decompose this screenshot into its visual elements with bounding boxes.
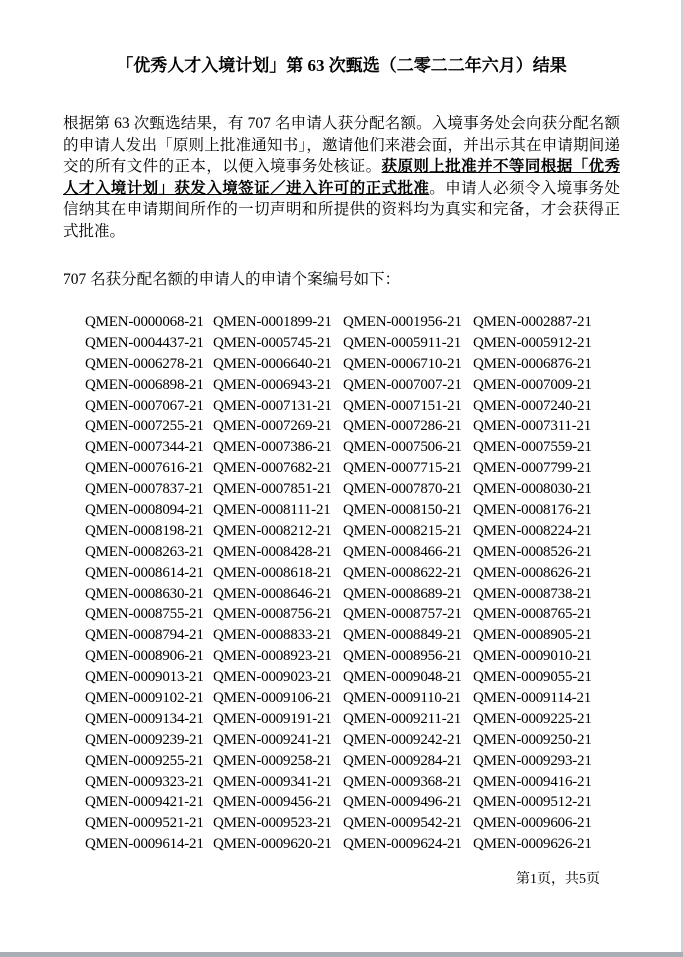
case-number: QMEN-0008757-21 [343, 606, 473, 623]
case-number: QMEN-0009242-21 [343, 732, 473, 749]
case-number: QMEN-0009013-21 [85, 669, 213, 686]
case-number: QMEN-0007286-21 [343, 418, 473, 435]
table-row: QMEN-0009134-21QMEN-0009191-21QMEN-00092… [85, 709, 620, 730]
table-row: QMEN-0009255-21QMEN-0009258-21QMEN-00092… [85, 751, 620, 772]
case-number: QMEN-0006876-21 [473, 356, 613, 373]
page-number-footer: 第1页，共5页 [516, 868, 600, 888]
case-number: QMEN-0009456-21 [213, 794, 343, 811]
table-row: QMEN-0009421-21QMEN-0009456-21QMEN-00094… [85, 792, 620, 813]
case-number: QMEN-0008833-21 [213, 627, 343, 644]
case-number: QMEN-0007715-21 [343, 460, 473, 477]
case-number: QMEN-0009255-21 [85, 753, 213, 770]
table-row: QMEN-0009521-21QMEN-0009523-21QMEN-00095… [85, 813, 620, 834]
case-number: QMEN-0008198-21 [85, 523, 213, 540]
case-number: QMEN-0007007-21 [343, 377, 473, 394]
table-row: QMEN-0007616-21QMEN-0007682-21QMEN-00077… [85, 458, 620, 479]
table-row: QMEN-0008094-21QMEN-0008111-21QMEN-00081… [85, 500, 620, 521]
case-number: QMEN-0008630-21 [85, 586, 213, 603]
case-number: QMEN-0005745-21 [213, 335, 343, 352]
case-number: QMEN-0008111-21 [213, 502, 343, 519]
case-number: QMEN-0008618-21 [213, 565, 343, 582]
case-number: QMEN-0008923-21 [213, 648, 343, 665]
case-number: QMEN-0007386-21 [213, 439, 343, 456]
case-number: QMEN-0006710-21 [343, 356, 473, 373]
case-number: QMEN-0007311-21 [473, 418, 613, 435]
table-row: QMEN-0009614-21QMEN-0009620-21QMEN-00096… [85, 834, 620, 855]
case-number: QMEN-0001956-21 [343, 314, 473, 331]
scan-edge-bottom [0, 952, 683, 957]
case-number: QMEN-0009225-21 [473, 711, 613, 728]
case-number: QMEN-0009341-21 [213, 774, 343, 791]
case-number: QMEN-0008614-21 [85, 565, 213, 582]
table-row: QMEN-0008630-21QMEN-0008646-21QMEN-00086… [85, 584, 620, 605]
case-number: QMEN-0009626-21 [473, 836, 613, 853]
case-number: QMEN-0009368-21 [343, 774, 473, 791]
page-title: 「优秀人才入境计划」第 63 次甄选（二零二二年六月）结果 [63, 54, 620, 78]
case-number: QMEN-0009542-21 [343, 815, 473, 832]
case-number: QMEN-0007344-21 [85, 439, 213, 456]
table-row: QMEN-0009102-21QMEN-0009106-21QMEN-00091… [85, 688, 620, 709]
case-number: QMEN-0008849-21 [343, 627, 473, 644]
case-number: QMEN-0008738-21 [473, 586, 613, 603]
case-number: QMEN-0008466-21 [343, 544, 473, 561]
case-number: QMEN-0008905-21 [473, 627, 613, 644]
intro-paragraph: 根据第 63 次甄选结果，有 707 名申请人获分配名额。入境事务处会向获分配名… [63, 113, 620, 242]
case-number: QMEN-0009055-21 [473, 669, 613, 686]
case-number: QMEN-0008689-21 [343, 586, 473, 603]
case-number: QMEN-0005912-21 [473, 335, 613, 352]
case-number-table: QMEN-0000068-21QMEN-0001899-21QMEN-00019… [85, 312, 620, 855]
case-number: QMEN-0006278-21 [85, 356, 213, 373]
table-row: QMEN-0006278-21QMEN-0006640-21QMEN-00067… [85, 354, 620, 375]
table-row: QMEN-0004437-21QMEN-0005745-21QMEN-00059… [85, 333, 620, 354]
case-number: QMEN-0008646-21 [213, 586, 343, 603]
case-number: QMEN-0009523-21 [213, 815, 343, 832]
case-number: QMEN-0008906-21 [85, 648, 213, 665]
case-number: QMEN-0009048-21 [343, 669, 473, 686]
case-number: QMEN-0007682-21 [213, 460, 343, 477]
case-number: QMEN-0008428-21 [213, 544, 343, 561]
table-row: QMEN-0000068-21QMEN-0001899-21QMEN-00019… [85, 312, 620, 333]
table-row: QMEN-0009239-21QMEN-0009241-21QMEN-00092… [85, 730, 620, 751]
case-number: QMEN-0008756-21 [213, 606, 343, 623]
case-number: QMEN-0006640-21 [213, 356, 343, 373]
case-number: QMEN-0008755-21 [85, 606, 213, 623]
document-page: 「优秀人才入境计划」第 63 次甄选（二零二二年六月）结果 根据第 63 次甄选… [0, 54, 683, 855]
case-number: QMEN-0008526-21 [473, 544, 613, 561]
case-number: QMEN-0007837-21 [85, 481, 213, 498]
case-number: QMEN-0009421-21 [85, 794, 213, 811]
table-row: QMEN-0009323-21QMEN-0009341-21QMEN-00093… [85, 772, 620, 793]
case-number: QMEN-0009614-21 [85, 836, 213, 853]
case-list-intro: 707 名获分配名额的申请人的申请个案编号如下： [63, 269, 620, 290]
case-number: QMEN-0009134-21 [85, 711, 213, 728]
case-number: QMEN-0006898-21 [85, 377, 213, 394]
case-number: QMEN-0009624-21 [343, 836, 473, 853]
case-number: QMEN-0007067-21 [85, 398, 213, 415]
table-row: QMEN-0007255-21QMEN-0007269-21QMEN-00072… [85, 416, 620, 437]
case-number: QMEN-0004437-21 [85, 335, 213, 352]
case-number: QMEN-0008094-21 [85, 502, 213, 519]
case-number: QMEN-0002887-21 [473, 314, 613, 331]
case-number: QMEN-0009102-21 [85, 690, 213, 707]
case-number: QMEN-0007559-21 [473, 439, 613, 456]
case-number: QMEN-0008626-21 [473, 565, 613, 582]
table-row: QMEN-0008198-21QMEN-0008212-21QMEN-00082… [85, 521, 620, 542]
case-number: QMEN-0009023-21 [213, 669, 343, 686]
case-number: QMEN-0009284-21 [343, 753, 473, 770]
case-number: QMEN-0008150-21 [343, 502, 473, 519]
case-number: QMEN-0007240-21 [473, 398, 613, 415]
case-number: QMEN-0008030-21 [473, 481, 613, 498]
table-row: QMEN-0006898-21QMEN-0006943-21QMEN-00070… [85, 375, 620, 396]
case-number: QMEN-0005911-21 [343, 335, 473, 352]
case-number: QMEN-0009191-21 [213, 711, 343, 728]
case-number: QMEN-0009512-21 [473, 794, 613, 811]
table-row: QMEN-0007067-21QMEN-0007131-21QMEN-00071… [85, 396, 620, 417]
table-row: QMEN-0007837-21QMEN-0007851-21QMEN-00078… [85, 479, 620, 500]
table-row: QMEN-0008263-21QMEN-0008428-21QMEN-00084… [85, 542, 620, 563]
case-number: QMEN-0009106-21 [213, 690, 343, 707]
case-number: QMEN-0009110-21 [343, 690, 473, 707]
case-number: QMEN-0009010-21 [473, 648, 613, 665]
case-number: QMEN-0007799-21 [473, 460, 613, 477]
case-number: QMEN-0007151-21 [343, 398, 473, 415]
case-number: QMEN-0009521-21 [85, 815, 213, 832]
case-number: QMEN-0009114-21 [473, 690, 613, 707]
case-number: QMEN-0009241-21 [213, 732, 343, 749]
case-number: QMEN-0007131-21 [213, 398, 343, 415]
case-number: QMEN-0009606-21 [473, 815, 613, 832]
case-number: QMEN-0007269-21 [213, 418, 343, 435]
case-number: QMEN-0007255-21 [85, 418, 213, 435]
case-number: QMEN-0009496-21 [343, 794, 473, 811]
table-row: QMEN-0008906-21QMEN-0008923-21QMEN-00089… [85, 646, 620, 667]
case-number: QMEN-0008765-21 [473, 606, 613, 623]
case-number: QMEN-0008176-21 [473, 502, 613, 519]
table-row: QMEN-0009013-21QMEN-0009023-21QMEN-00090… [85, 667, 620, 688]
table-row: QMEN-0007344-21QMEN-0007386-21QMEN-00075… [85, 437, 620, 458]
case-number: QMEN-0000068-21 [85, 314, 213, 331]
case-number: QMEN-0009239-21 [85, 732, 213, 749]
case-number: QMEN-0008622-21 [343, 565, 473, 582]
table-row: QMEN-0008614-21QMEN-0008618-21QMEN-00086… [85, 563, 620, 584]
table-row: QMEN-0008755-21QMEN-0008756-21QMEN-00087… [85, 604, 620, 625]
case-number: QMEN-0009293-21 [473, 753, 613, 770]
case-number: QMEN-0008263-21 [85, 544, 213, 561]
case-number: QMEN-0009258-21 [213, 753, 343, 770]
case-number: QMEN-0008215-21 [343, 523, 473, 540]
case-number: QMEN-0007870-21 [343, 481, 473, 498]
case-number: QMEN-0009323-21 [85, 774, 213, 791]
case-number: QMEN-0007616-21 [85, 460, 213, 477]
case-number: QMEN-0008956-21 [343, 648, 473, 665]
case-number: QMEN-0008212-21 [213, 523, 343, 540]
table-row: QMEN-0008794-21QMEN-0008833-21QMEN-00088… [85, 625, 620, 646]
case-number: QMEN-0006943-21 [213, 377, 343, 394]
case-number: QMEN-0001899-21 [213, 314, 343, 331]
case-number: QMEN-0007851-21 [213, 481, 343, 498]
case-number: QMEN-0008794-21 [85, 627, 213, 644]
case-number: QMEN-0008224-21 [473, 523, 613, 540]
case-number: QMEN-0007506-21 [343, 439, 473, 456]
case-number: QMEN-0009250-21 [473, 732, 613, 749]
case-number: QMEN-0007009-21 [473, 377, 613, 394]
case-number: QMEN-0009416-21 [473, 774, 613, 791]
case-number: QMEN-0009620-21 [213, 836, 343, 853]
case-number: QMEN-0009211-21 [343, 711, 473, 728]
